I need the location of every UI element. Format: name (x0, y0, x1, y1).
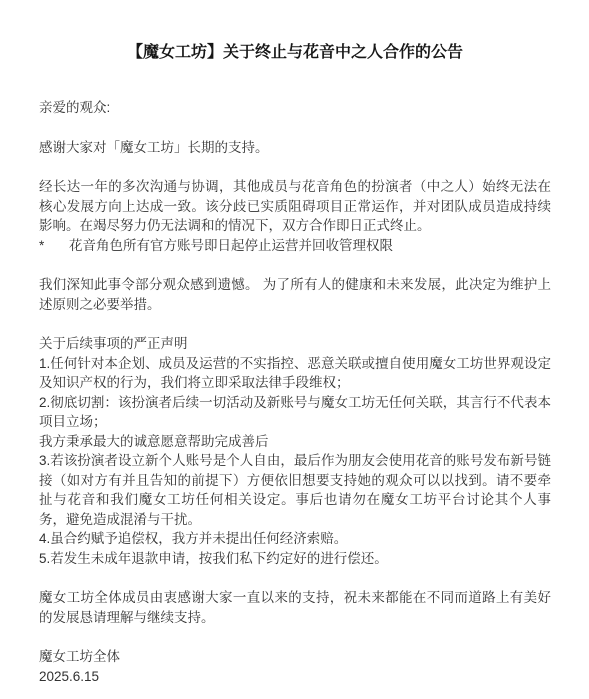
statement-goodwill-line: 我方秉承最大的诚意愿意帮助完成善后 (39, 432, 551, 452)
salutation: 亲爱的观众: (39, 98, 551, 118)
asterisk-bullet-marker: * (39, 236, 69, 256)
statement-item-4: 4.虽合约赋予追偿权，我方并未提出任何经济索赔。 (39, 529, 551, 549)
statement-heading: 关于后续事项的严正声明 (39, 334, 551, 354)
closing-paragraph: 魔女工坊全体成员由衷感谢大家一直以来的支持，祝未来都能在不同而道路上有美好的发展… (39, 588, 551, 627)
signature: 魔女工坊全体 (39, 647, 551, 667)
statement-item-1: 1.任何针对本企划、成员及运营的不实指控、恶意关联或擅自使用魔女工坊世界观设定及… (39, 354, 551, 393)
thanks-paragraph: 感谢大家对「魔女工坊」长期的支持。 (39, 138, 551, 158)
termination-paragraph: 经长达一年的多次沟通与协调，其他成员与花音角色的扮演者（中之人）始终无法在核心发… (39, 177, 551, 236)
statement-item-2: 2.彻底切割：该扮演者后续一切活动及新账号与魔女工坊无任何关联，其言行不代表本项… (39, 393, 551, 432)
regret-paragraph: 我们深知此事令部分观众感到遗憾。 为了所有人的健康和未来发展，此决定为维护上述原… (39, 275, 551, 314)
account-recall-bullet: * 花音角色所有官方账号即日起停止运营并回收管理权限 (39, 236, 551, 256)
page-title: 【魔女工坊】关于终止与花音中之人合作的公告 (39, 42, 551, 64)
statement-item-5: 5.若发生未成年退款申请，按我们私下约定好的进行偿还。 (39, 549, 551, 569)
statement-item-3: 3.若该扮演者设立新个人账号是个人自由，最后作为朋友会使用花音的账号发布新号链接… (39, 451, 551, 529)
date: 2025.6.15 (39, 667, 551, 687)
signature-block: 魔女工坊全体 2025.6.15 (39, 647, 551, 686)
account-recall-text: 花音角色所有官方账号即日起停止运营并回收管理权限 (69, 236, 393, 256)
announcement-document: 【魔女工坊】关于终止与花音中之人合作的公告 亲爱的观众: 感谢大家对「魔女工坊」… (0, 0, 589, 699)
